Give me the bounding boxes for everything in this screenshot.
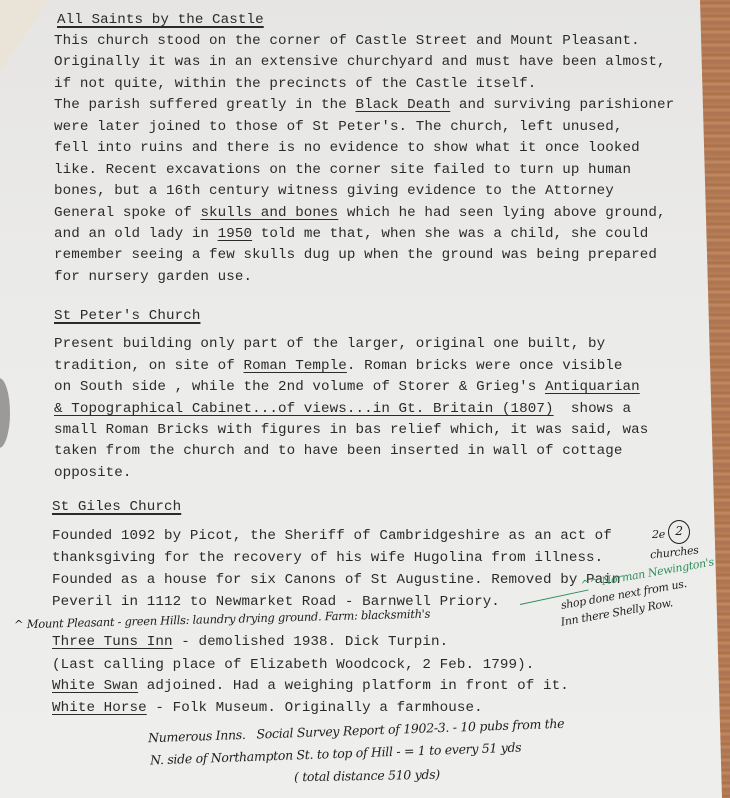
text-line: thanksgiving for the recovery of his wif… <box>52 550 603 566</box>
text-line: Peveril in 1112 to Newmarket Road - Barn… <box>52 594 500 610</box>
section-heading-all-saints: All Saints by the Castle <box>57 12 264 28</box>
text-line: like. Recent excavations on the corner s… <box>54 162 631 178</box>
text-line: remember seeing a few skulls dug up when… <box>54 247 657 263</box>
text-line: tradition, on site of Roman Temple. Roma… <box>54 358 623 374</box>
text-line: taken from the church and to have been i… <box>54 443 623 459</box>
text-line: Founded 1092 by Picot, the Sheriff of Ca… <box>52 528 612 544</box>
text-line: Founded as a house for six Canons of St … <box>52 572 621 588</box>
text-line: and an old lady in 1950 told me that, wh… <box>54 226 648 242</box>
text-line: fell into ruins and there is no evidence… <box>54 140 640 156</box>
text-line: bones, but a 16th century witness giving… <box>54 183 614 199</box>
text-line: White Swan adjoined. Had a weighing plat… <box>52 678 569 694</box>
section-heading-st-giles: St Giles Church <box>52 499 181 515</box>
text-line: General spoke of skulls and bones which … <box>54 205 666 221</box>
circled-number: 2 <box>668 520 690 544</box>
handwritten-bottom-note: ( total distance 510 yds) <box>294 767 440 785</box>
text-line: small Roman Bricks with figures in bas r… <box>54 422 648 438</box>
text-line: White Horse - Folk Museum. Originally a … <box>52 700 483 716</box>
text-line: This church stood on the corner of Castl… <box>54 33 640 49</box>
text-line: opposite. <box>54 465 132 481</box>
text-line: were later joined to those of St Peter's… <box>54 119 623 135</box>
text-line: on South side , while the 2nd volume of … <box>54 379 640 395</box>
text-line: (Last calling place of Elizabeth Woodcoc… <box>52 657 534 673</box>
text-line: for nursery garden use. <box>54 269 252 285</box>
text-line: Present building only part of the larger… <box>54 336 605 352</box>
text-line: The parish suffered greatly in the Black… <box>54 97 674 113</box>
text-line: Three Tuns Inn - demolished 1938. Dick T… <box>52 634 448 650</box>
text-line: if not quite, within the precincts of th… <box>54 76 536 92</box>
text-line: Originally it was in an extensive church… <box>54 54 666 70</box>
document-text: All Saints by the Castle This church sto… <box>0 0 730 798</box>
section-heading-st-peters: St Peter's Church <box>54 308 200 324</box>
text-line: & Topographical Cabinet...of views...in … <box>54 401 631 417</box>
handwritten-margin-note: 2e <box>652 528 665 541</box>
